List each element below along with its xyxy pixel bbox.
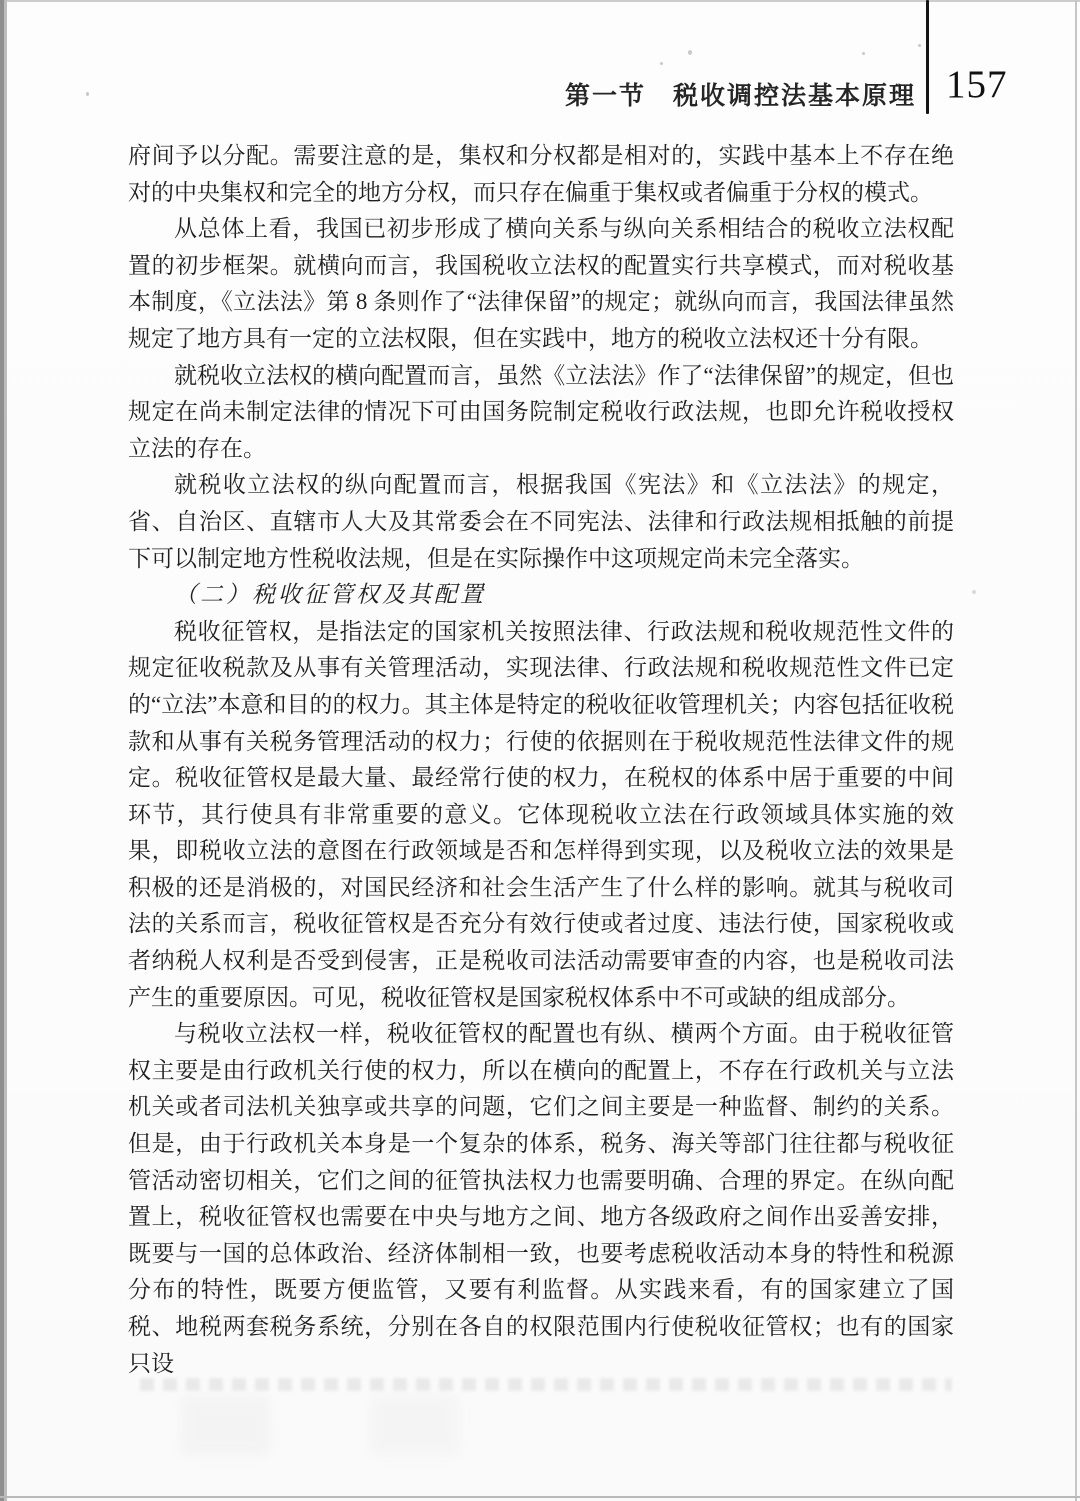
scan-speck: [86, 92, 89, 96]
subsection-heading: （二）税收征管权及其配置: [128, 577, 954, 614]
page-number: 157: [946, 62, 1008, 107]
scan-speck: [972, 590, 976, 594]
paragraph-continuation: 府间予以分配。需要注意的是，集权和分权都是相对的，实践中基本上不存在绝对的中央集…: [128, 138, 954, 211]
scan-speck: [688, 50, 692, 55]
scan-speck: [660, 62, 663, 65]
paragraph: 税收征管权，是指法定的国家机关按照法律、行政法规和税收规范性文件的规定征收税款及…: [128, 614, 954, 1017]
paragraph: 从总体上看，我国已初步形成了横向关系与纵向关系相结合的税收立法权配置的初步框架。…: [128, 211, 954, 357]
scan-smudge: [180, 1395, 270, 1455]
body-text-block: 府间予以分配。需要注意的是，集权和分权都是相对的，实践中基本上不存在绝对的中央集…: [128, 138, 954, 1382]
scan-speck: [918, 44, 921, 47]
paragraph: 就税收立法权的横向配置而言，虽然《立法法》作了“法律保留”的规定，但也规定在尚未…: [128, 358, 954, 468]
scan-edge-bottom: [0, 1496, 1080, 1498]
scan-edge-left: [0, 0, 7, 1501]
header-divider-rule: [926, 0, 929, 114]
paragraph: 与税收立法权一样，税收征管权的配置也有纵、横两个方面。由于税收征管权主要是由行政…: [128, 1016, 954, 1382]
bleed-through-ghost-text: [140, 1378, 952, 1391]
running-header-section-title: 第一节 税收调控法基本原理: [0, 76, 916, 112]
paragraph: 就税收立法权的纵向配置而言，根据我国《宪法》和《立法法》的规定，省、自治区、直辖…: [128, 467, 954, 577]
scan-edge-top: [0, 0, 1080, 2]
book-page-scan: 第一节 税收调控法基本原理 157 府间予以分配。需要注意的是，集权和分权都是相…: [0, 0, 1080, 1501]
scan-speck: [862, 52, 865, 55]
scan-smudge: [370, 1395, 460, 1455]
scan-edge-right: [1075, 0, 1077, 1501]
